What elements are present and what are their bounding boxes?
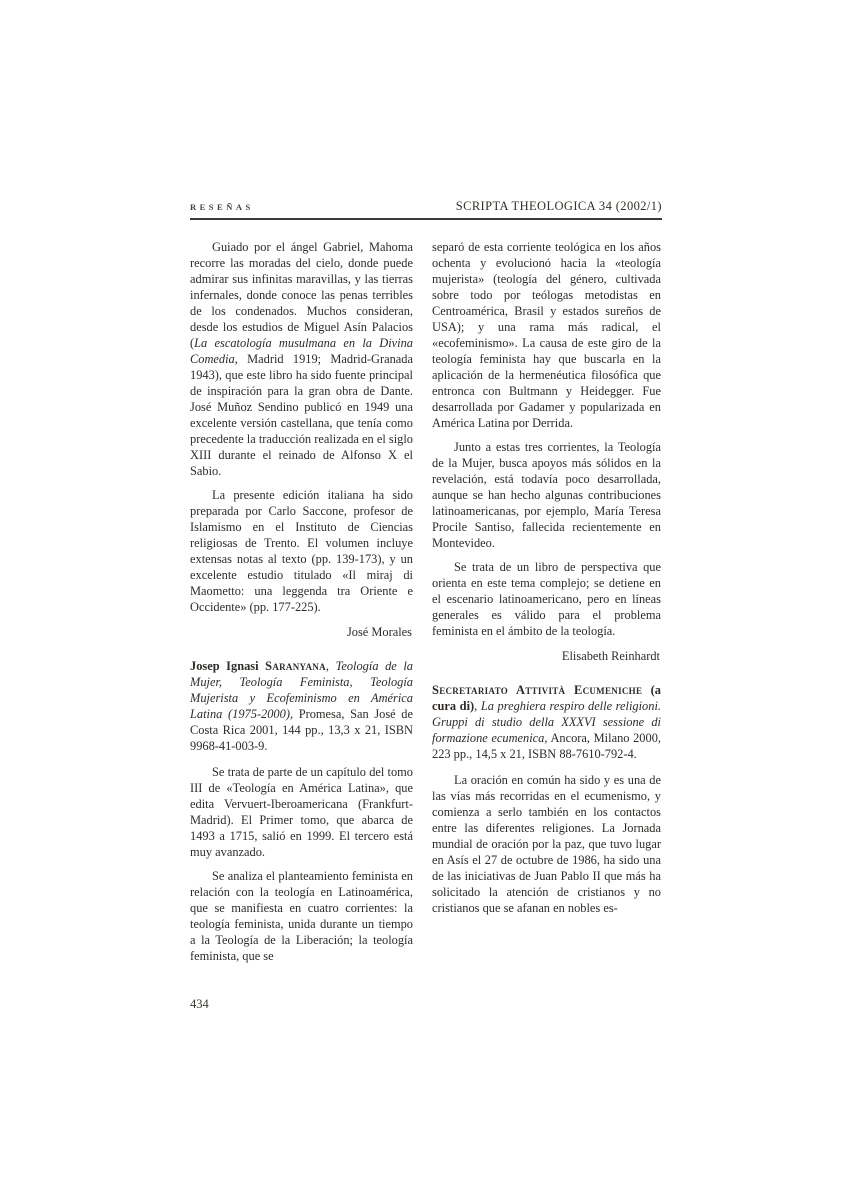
reviewer-signature: José Morales — [190, 624, 412, 640]
review-heading: Josep Ignasi Saranyana, Teología de la M… — [190, 658, 413, 754]
text-run: Guiado por el ángel Gabriel, Mahoma reco… — [190, 240, 413, 350]
journal-page: RESEÑAS SCRIPTA THEOLOGICA 34 (2002/1) G… — [190, 199, 662, 972]
text-run: La oración en común ha sido y es una de … — [432, 773, 661, 915]
text-run: , Madrid 1919; Madrid-Granada 1943), que… — [190, 352, 413, 478]
text-run: Se trata de parte de un capítulo del tom… — [190, 765, 413, 859]
body-paragraph: separó de esta corriente teológica en lo… — [432, 239, 661, 431]
section-label: RESEÑAS — [190, 202, 254, 212]
body-paragraph: La presente edición italiana ha sido pre… — [190, 487, 413, 615]
text-run: La presente edición italiana ha sido pre… — [190, 488, 413, 614]
text-run: Saranyana — [265, 659, 326, 673]
body-paragraph: La oración en común ha sido y es una de … — [432, 772, 661, 916]
body-paragraph: Se trata de parte de un capítulo del tom… — [190, 764, 413, 860]
reviewer-signature: Elisabeth Reinhardt — [432, 648, 660, 664]
text-columns: Guiado por el ángel Gabriel, Mahoma reco… — [190, 239, 662, 972]
text-run: Elisabeth Reinhardt — [562, 649, 660, 663]
review-heading: Secretariato Attività Ecumeniche (a cura… — [432, 682, 661, 762]
text-run: Se trata de un libro de perspectiva que … — [432, 560, 661, 638]
text-run: Secretariato Attività Ecumeniche — [432, 683, 642, 697]
text-run: Se analiza el planteamiento feminista en… — [190, 869, 413, 963]
body-paragraph: Junto a estas tres corrientes, la Teolog… — [432, 439, 661, 551]
page-number: 434 — [190, 997, 209, 1012]
journal-title: SCRIPTA THEOLOGICA 34 (2002/1) — [456, 199, 662, 214]
text-run: José Morales — [347, 625, 412, 639]
text-run — [642, 683, 650, 697]
body-paragraph: Guiado por el ángel Gabriel, Mahoma reco… — [190, 239, 413, 479]
text-run: , — [326, 659, 336, 673]
column-left: Guiado por el ángel Gabriel, Mahoma reco… — [190, 239, 413, 972]
body-paragraph: Se analiza el planteamiento feminista en… — [190, 868, 413, 964]
text-run: Josep Ignasi — [190, 659, 265, 673]
text-run: separó de esta corriente teológica en lo… — [432, 240, 661, 430]
column-right: separó de esta corriente teológica en lo… — [432, 239, 661, 972]
running-head: RESEÑAS SCRIPTA THEOLOGICA 34 (2002/1) — [190, 199, 662, 220]
body-paragraph: Se trata de un libro de perspectiva que … — [432, 559, 661, 639]
text-run: , — [474, 699, 481, 713]
text-run: Junto a estas tres corrientes, la Teolog… — [432, 440, 661, 550]
